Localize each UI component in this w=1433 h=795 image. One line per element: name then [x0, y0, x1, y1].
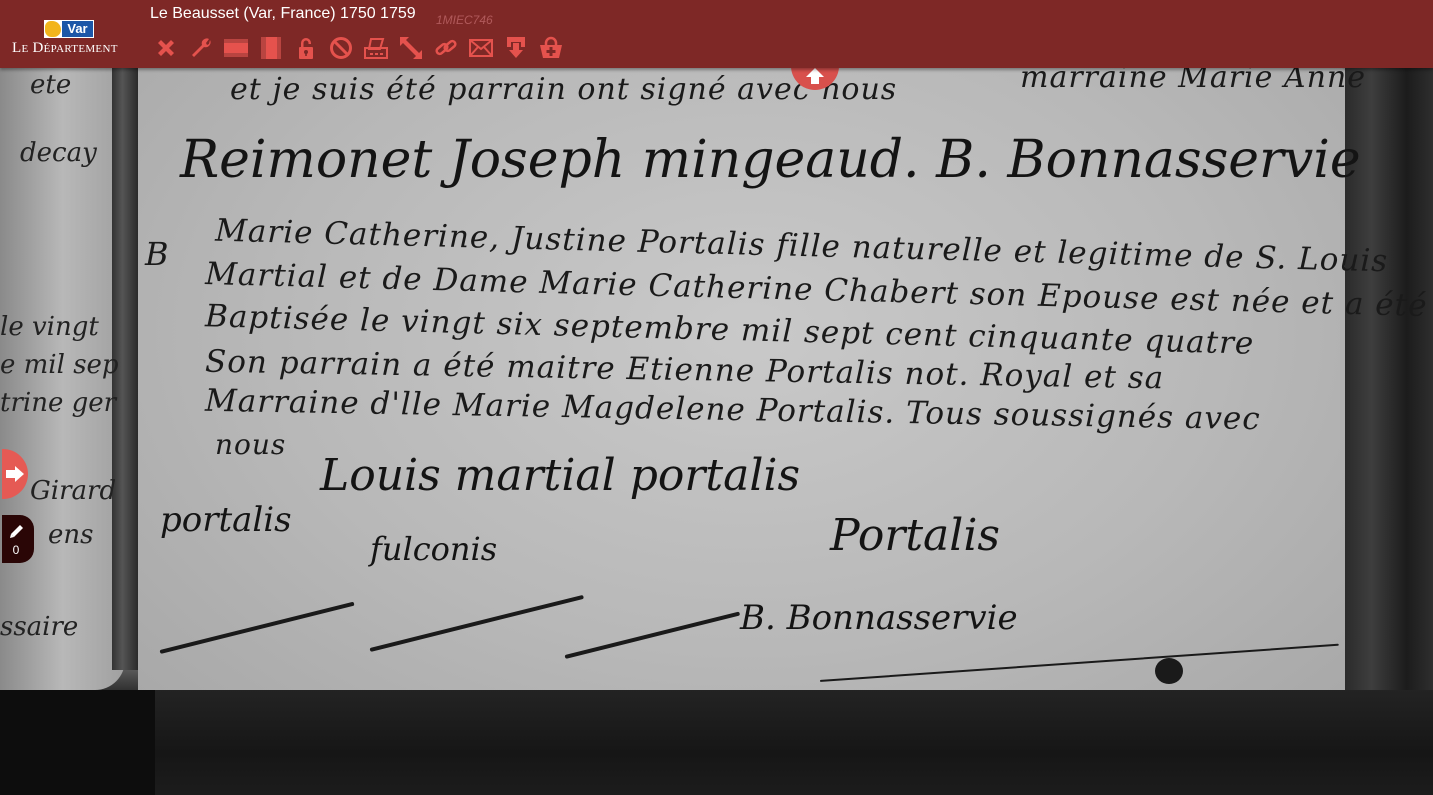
lock-icon: [296, 36, 316, 60]
signature: portalis: [160, 500, 292, 540]
close-button[interactable]: [148, 33, 183, 63]
var-map-icon: [45, 21, 61, 37]
forbidden-icon: [329, 36, 353, 60]
forbidden-button[interactable]: [323, 33, 358, 63]
document-cote: 1MIEC746: [436, 13, 493, 27]
vertical-view-button[interactable]: [253, 33, 288, 63]
mail-icon: [468, 36, 494, 60]
horizontal-view-button[interactable]: [218, 33, 253, 63]
margin-text: e mil sep: [0, 350, 119, 380]
annotations-button[interactable]: 0: [2, 515, 34, 563]
margin-text: le vingt: [0, 312, 99, 342]
document-title: Le Beausset (Var, France) 1750 1759: [150, 5, 416, 23]
signature-line: Reimonet Joseph mingeaud. B. Bonnasservi…: [180, 130, 1361, 190]
margin-text: decay: [20, 138, 97, 168]
signature: B. Bonnasservie: [740, 598, 1018, 638]
basket-add-icon: [539, 36, 563, 60]
tools-button[interactable]: [183, 33, 218, 63]
link-button[interactable]: [428, 33, 463, 63]
annotation-count: 0: [2, 543, 30, 557]
handwriting-line: nous: [215, 428, 286, 461]
download-icon: [504, 35, 528, 61]
margin-text: trine ger: [0, 388, 116, 418]
scan-background: [0, 690, 1433, 795]
var-badge-text: Var: [62, 21, 93, 37]
margin-text: ssaire: [0, 612, 78, 642]
header-bar: Var Le Département Le Beausset (Var, Fra…: [0, 0, 1433, 68]
lock-button[interactable]: [288, 33, 323, 63]
signature: fulconis: [370, 530, 497, 568]
departement-var-logo[interactable]: Var Le Département: [10, 18, 130, 62]
margin-text: Girard: [30, 476, 116, 506]
signature: Portalis: [830, 510, 1000, 561]
margin-letter: B: [145, 235, 170, 273]
print-icon: [363, 36, 389, 60]
single-page-horizontal-icon: [223, 36, 249, 60]
margin-text: ete: [30, 70, 71, 100]
single-page-vertical-icon: [258, 36, 284, 60]
arrow-right-icon: [5, 465, 25, 483]
signature: Louis martial portalis: [320, 450, 800, 501]
print-button[interactable]: [358, 33, 393, 63]
toolbar: [148, 33, 568, 63]
scan-background-corner: [0, 690, 155, 795]
close-icon: [154, 36, 178, 60]
link-icon: [433, 36, 459, 60]
arrow-up-icon: [805, 67, 825, 85]
mail-button[interactable]: [463, 33, 498, 63]
pencil-icon: [8, 521, 26, 539]
document-viewer[interactable]: ete decay le vingt e mil sep trine ger G…: [0, 0, 1433, 795]
logo-label: Le Département: [12, 40, 118, 57]
wrench-icon: [189, 36, 213, 60]
ink-blot: [1155, 658, 1183, 684]
basket-add-button[interactable]: [533, 33, 568, 63]
download-button[interactable]: [498, 33, 533, 63]
fullscreen-icon: [398, 35, 424, 61]
margin-text: ens: [48, 520, 93, 550]
var-badge: Var: [44, 20, 94, 38]
fullscreen-button[interactable]: [393, 33, 428, 63]
